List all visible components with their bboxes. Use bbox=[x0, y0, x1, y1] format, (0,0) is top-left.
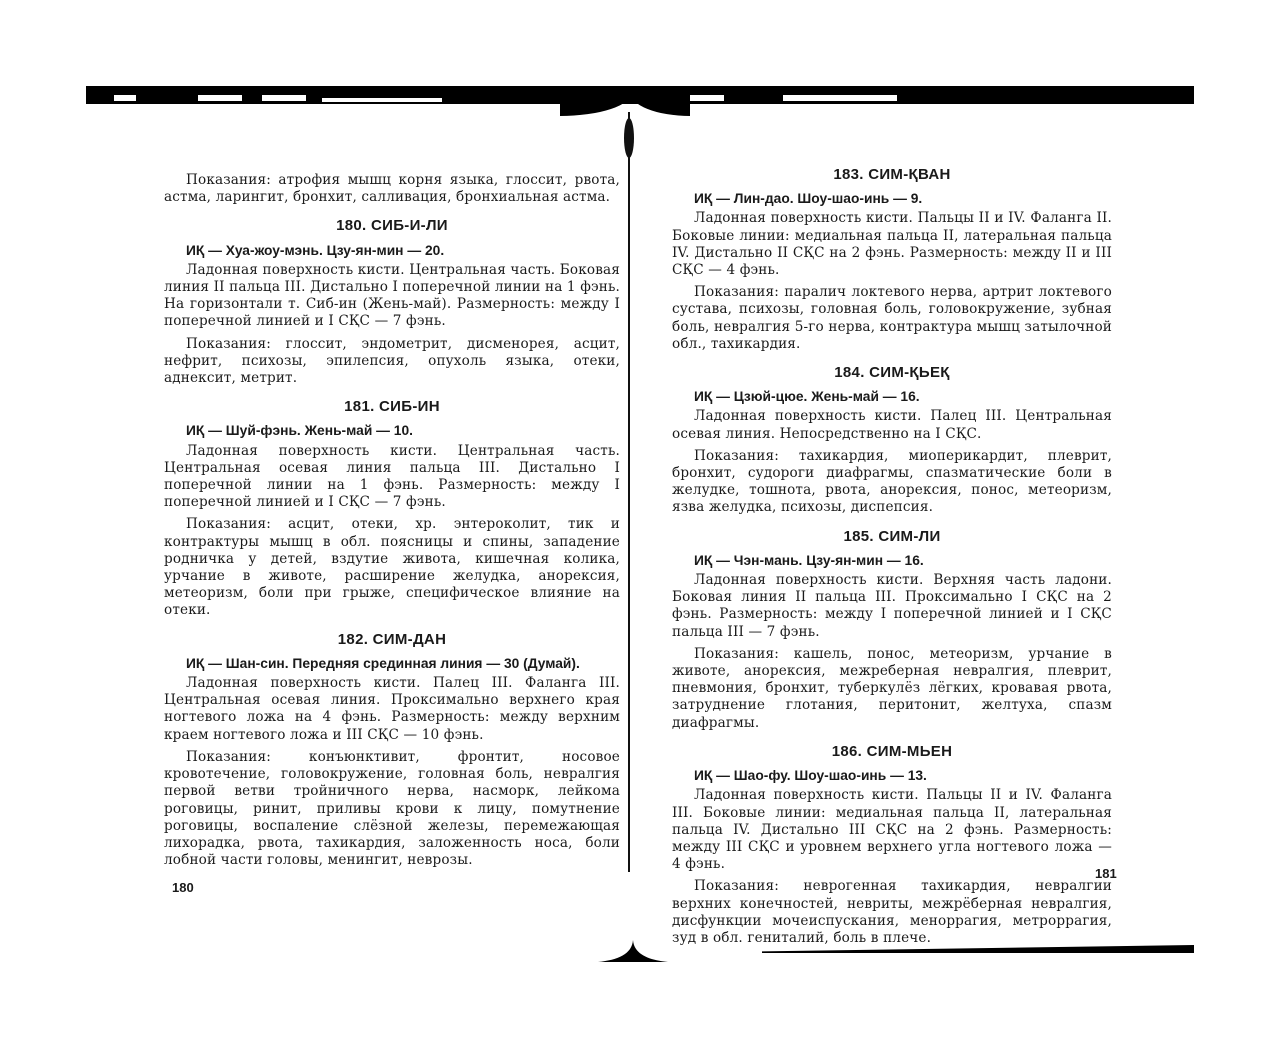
entry-indications: Показания: паралич локтевого нерва, артр… bbox=[672, 284, 1112, 353]
continuation-text: Показания: атрофия мышц корня языка, гло… bbox=[164, 172, 620, 206]
entry-title: 185. СИМ-ЛИ bbox=[672, 528, 1112, 545]
page-number-left: 180 bbox=[172, 880, 194, 895]
entry-indications: Показания: неврогенная тахикардия, невра… bbox=[672, 878, 1112, 947]
entry-title: 183. СИМ-ҚВАН bbox=[672, 166, 1112, 183]
entry-location: Ладонная поверхность кисти. Палец III. Ц… bbox=[672, 408, 1112, 442]
entry-title: 184. СИМ-ҚЬЕҚ bbox=[672, 364, 1112, 381]
page-number-right: 181 bbox=[1095, 866, 1117, 881]
entry-location: Ладонная поверхность кисти. Центральная … bbox=[164, 262, 620, 331]
entry-ik: ИҚ — Лин-дао. Шоу-шао-инь — 9. bbox=[672, 190, 1112, 207]
entry-ik: ИҚ — Чэн-мань. Цзу-ян-мин — 16. bbox=[672, 552, 1112, 569]
page-curl-right bbox=[630, 92, 690, 116]
entry-183: 183. СИМ-ҚВАН ИҚ — Лин-дао. Шоу-шао-инь … bbox=[672, 166, 1112, 353]
entry-indications: Показания: глоссит, эндометрит, дисменор… bbox=[164, 336, 620, 388]
entry-181: 181. СИБ-ИН ИҚ — Шуй-фэнь. Жень-май — 10… bbox=[164, 398, 620, 619]
entry-title: 186. СИМ-МЬЕН bbox=[672, 743, 1112, 760]
entry-186: 186. СИМ-МЬЕН ИҚ — Шао-фу. Шоу-шао-инь —… bbox=[672, 743, 1112, 947]
entry-182: 182. СИМ-ДАН ИҚ — Шан-син. Передняя сред… bbox=[164, 631, 620, 870]
page-curl-left bbox=[560, 92, 632, 116]
entry-ik: ИҚ — Хуа-жоу-мэнь. Цзу-ян-мин — 20. bbox=[164, 242, 620, 259]
entry-ik: ИҚ — Шао-фу. Шоу-шао-инь — 13. bbox=[672, 767, 1112, 784]
entry-title: 181. СИБ-ИН bbox=[164, 398, 620, 415]
book-gutter bbox=[628, 112, 630, 872]
entry-indications: Показания: конъюнктивит, фронтит, носово… bbox=[164, 749, 620, 869]
entry-location: Ладонная поверхность кисти. Пальцы II и … bbox=[672, 210, 1112, 279]
entry-location: Ладонная поверхность кисти. Центральная … bbox=[164, 443, 620, 512]
entry-185: 185. СИМ-ЛИ ИҚ — Чэн-мань. Цзу-ян-мин — … bbox=[672, 528, 1112, 732]
entry-title: 182. СИМ-ДАН bbox=[164, 631, 620, 648]
entry-ik: ИҚ — Шуй-фэнь. Жень-май — 10. bbox=[164, 422, 620, 439]
entry-ik: ИҚ — Шан-син. Передняя срединная линия —… bbox=[164, 655, 620, 672]
entry-location: Ладонная поверхность кисти. Палец III. Ф… bbox=[164, 675, 620, 744]
spine-bottom-shadow bbox=[598, 940, 668, 962]
entry-indications: Показания: асцит, отеки, хр. энтероколит… bbox=[164, 516, 620, 619]
entry-title: 180. СИБ-И-ЛИ bbox=[164, 217, 620, 234]
entry-ik: ИҚ — Цзюй-цюе. Жень-май — 16. bbox=[672, 388, 1112, 405]
entry-indications: Показания: кашель, понос, метеоризм, урч… bbox=[672, 646, 1112, 732]
left-page: Показания: атрофия мышц корня языка, гло… bbox=[164, 172, 620, 874]
entry-location: Ладонная поверхность кисти. Верхняя част… bbox=[672, 572, 1112, 641]
right-page: 183. СИМ-ҚВАН ИҚ — Лин-дао. Шоу-шао-инь … bbox=[672, 164, 1112, 952]
entry-indications: Показания: тахикардия, миоперикардит, пл… bbox=[672, 448, 1112, 517]
entry-180: 180. СИБ-И-ЛИ ИҚ — Хуа-жоу-мэнь. Цзу-ян-… bbox=[164, 217, 620, 387]
entry-184: 184. СИМ-ҚЬЕҚ ИҚ — Цзюй-цюе. Жень-май — … bbox=[672, 364, 1112, 517]
entry-location: Ладонная поверхность кисти. Пальцы II и … bbox=[672, 787, 1112, 873]
